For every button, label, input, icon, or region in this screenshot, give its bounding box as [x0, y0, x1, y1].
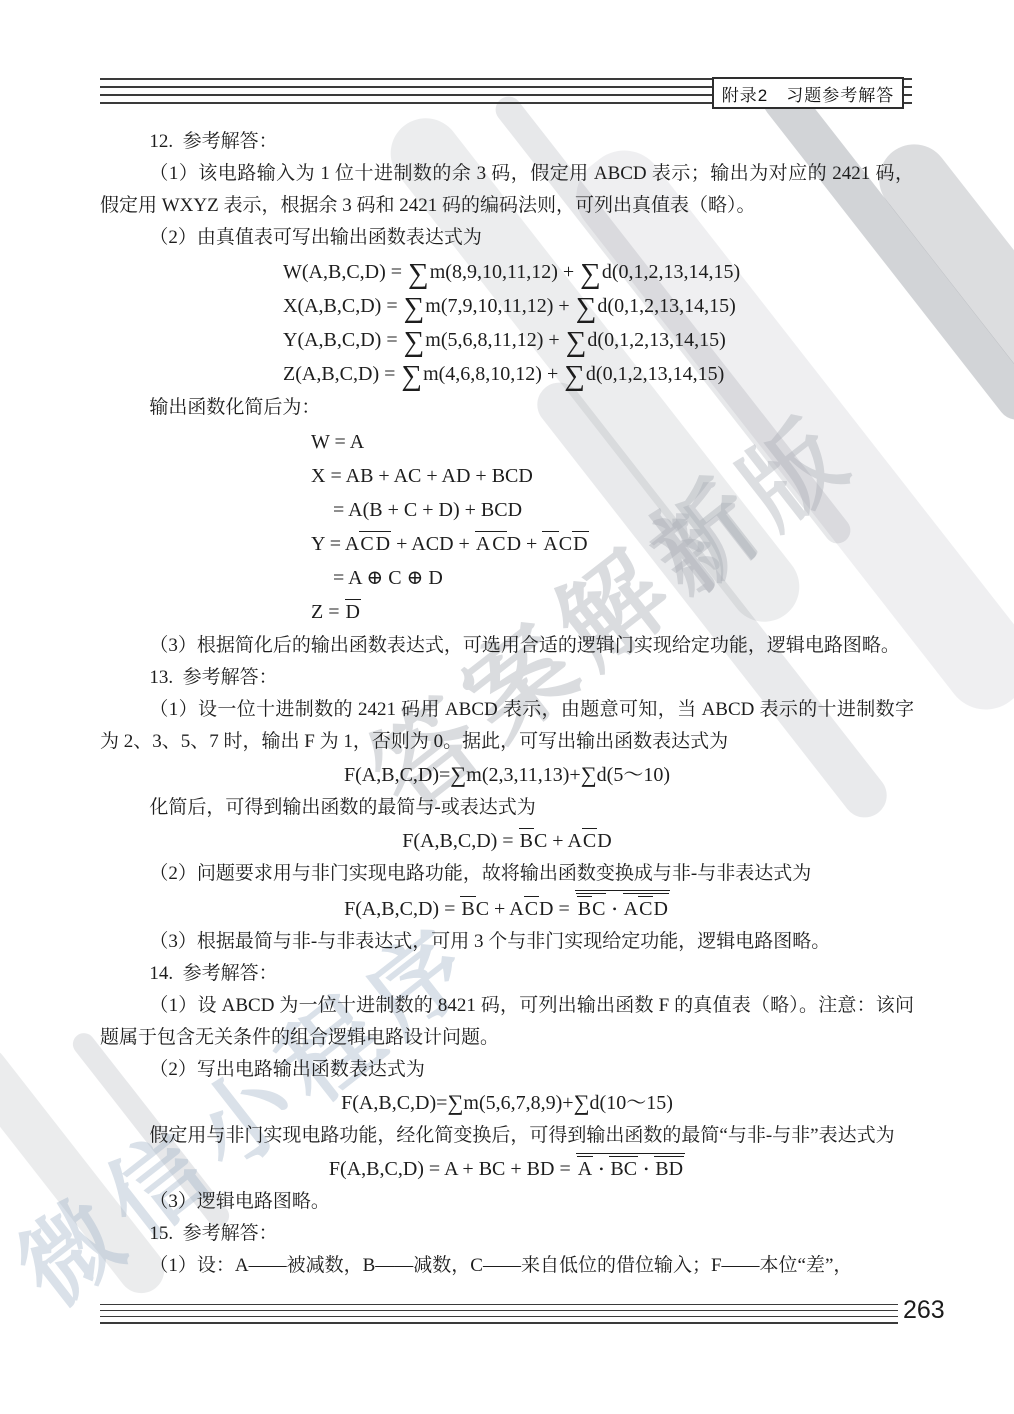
page-content: 12. 参考解答： （1）该电路输入为 1 位十进制数的余 3 码，假定用 AB…: [100, 126, 914, 1282]
answer-12-simplified-equations: W = A X = AB + AC + AD + BCD = A(B + C +…: [311, 425, 914, 629]
answer-12-heading: 12. 参考解答：: [100, 126, 914, 158]
running-head-title: 附录2 习题参考解答: [722, 81, 894, 106]
footer-rule: [100, 1322, 898, 1324]
equation-z: Z(A,B,C,D) = ∑m(4,6,8,10,12) + ∑d(0,1,2,…: [283, 357, 914, 391]
equation-w-simplified: W = A: [311, 425, 914, 459]
answer-14-paragraph-1: （1）设 ABCD 为一位十进制数的 8421 码，可列出输出函数 F 的真值表…: [100, 990, 914, 1054]
answer-14-equation-2: F(A,B,C,D) = A + BC + BD = A•BC•BD: [100, 1152, 914, 1186]
answer-14-heading: 14. 参考解答：: [100, 958, 914, 990]
equation-x: X(A,B,C,D) = ∑m(7,9,10,11,12) + ∑d(0,1,2…: [283, 289, 914, 323]
running-head-box: 附录2 习题参考解答: [712, 77, 904, 109]
footer-rule: [100, 1304, 898, 1305]
answer-14-equation-1: F(A,B,C,D)=∑m(5,6,7,8,9)+∑d(10～15): [100, 1086, 914, 1120]
equation-x-simplified-2: = A(B + C + D) + BCD: [333, 499, 522, 521]
answer-13-equation-3: F(A,B,C,D) = BC + ACD = BC•ACD: [100, 890, 914, 926]
answer-13-paragraph-1: （1）设一位十进制数的 2421 码用 ABCD 表示，由题意可知，当 ABCD…: [100, 694, 914, 758]
answer-13-paragraph-2: 化简后，可得到输出函数的最简与-或表达式为: [100, 792, 914, 824]
answer-13-paragraph-3: （2）问题要求用与非门实现电路功能，故将输出函数变换成与非-与非表达式为: [100, 858, 914, 890]
page-number: 263: [903, 1296, 945, 1325]
equation-x-simplified: X = AB + AC + AD + BCD: [311, 459, 914, 493]
equation-y-simplified: Y = ACD + ACD + ACD + ACD: [311, 527, 914, 561]
equation-w: W(A,B,C,D) = ∑m(8,9,10,11,12) + ∑d(0,1,2…: [283, 255, 914, 289]
answer-12-sum-equations: W(A,B,C,D) = ∑m(8,9,10,11,12) + ∑d(0,1,2…: [283, 255, 914, 391]
answer-14-paragraph-3: 假定用与非门实现电路功能，经化简变换后，可得到输出函数的最简“与非-与非”表达式…: [100, 1120, 914, 1152]
answer-12-paragraph-4: （3）根据简化后的输出函数表达式，可选用合适的逻辑门实现给定功能，逻辑电路图略。: [100, 630, 914, 662]
book-page: 微信小程序 答案解析 新版 附录2 习题参考解答 12. 参考解答： （1）该电…: [0, 0, 1014, 1414]
answer-12-paragraph-3: 输出函数化简后为：: [100, 392, 914, 424]
answer-13-heading: 13. 参考解答：: [100, 662, 914, 694]
equation-y-simplified-2: = A ⊕ C ⊕ D: [333, 567, 443, 589]
answer-13-equation-1: F(A,B,C,D)=∑m(2,3,11,13)+∑d(5～10): [100, 758, 914, 792]
footer-rule: [100, 1316, 898, 1317]
footer-rules: [100, 1304, 898, 1329]
answer-13-paragraph-4: （3）根据最简与非-与非表达式，可用 3 个与非门实现给定功能，逻辑电路图略。: [100, 926, 914, 958]
answer-14-paragraph-4: （3）逻辑电路图略。: [100, 1186, 914, 1218]
answer-12-paragraph-1: （1）该电路输入为 1 位十进制数的余 3 码，假定用 ABCD 表示；输出为对…: [100, 158, 914, 222]
answer-12-paragraph-2: （2）由真值表可写出输出函数表达式为: [100, 222, 914, 254]
footer-rule: [100, 1310, 898, 1311]
answer-15-paragraph-1: （1）设：A——被减数，B——减数，C——来自低位的借位输入；F——本位“差”，: [100, 1250, 914, 1282]
answer-13-equation-2: F(A,B,C,D) = BC + ACD: [100, 824, 914, 858]
equation-y: Y(A,B,C,D) = ∑m(5,6,8,11,12) + ∑d(0,1,2,…: [283, 323, 914, 357]
equation-z-simplified: Z = D: [311, 595, 914, 629]
answer-14-paragraph-2: （2）写出电路输出函数表达式为: [100, 1054, 914, 1086]
answer-15-heading: 15. 参考解答：: [100, 1218, 914, 1250]
